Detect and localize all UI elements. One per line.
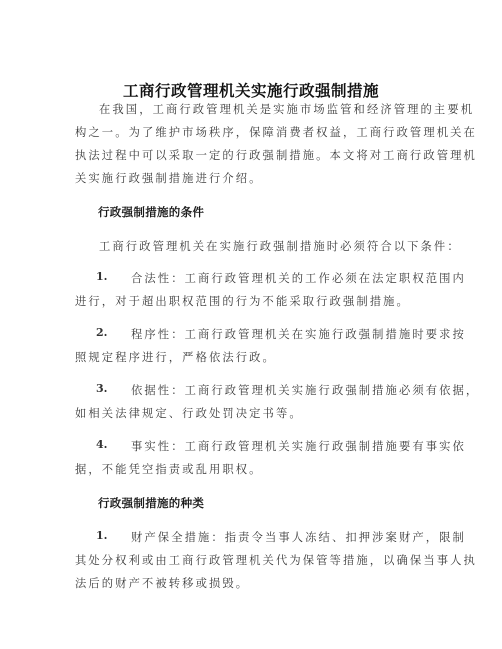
list-item-continuation: 如相关法律规定、行政处罚决定书等。: [75, 405, 303, 421]
conditions-lead: 工商行政管理机关在实施行政强制措施时必须符合以下条件：: [99, 238, 461, 254]
list-number: 1.: [96, 270, 107, 283]
list-item-continuation: 其处分权利或由工商行政管理机关代为保管等措施，以确保当事人执: [75, 552, 477, 568]
list-item-continuation: 进行，对于超出职权范围的行为不能采取行政强制措施。: [75, 293, 410, 309]
intro-line-4: 关实施行政强制措施进行介绍。: [75, 170, 263, 186]
list-item-text: 合法性：工商行政管理机关的工作必须在法定职权范围内: [131, 270, 466, 286]
list-item-text: 程序性：工商行政管理机关在实施行政强制措施时要求按: [131, 326, 466, 342]
list-item-text: 事实性：工商行政管理机关实施行政强制措施要有事实依: [131, 438, 466, 454]
list-number: 3.: [96, 382, 107, 395]
list-item-continuation: 照规定程序进行，严格依法行政。: [75, 349, 276, 365]
list-number: 2.: [96, 326, 107, 339]
list-item-text: 财产保全措施：指责令当事人冻结、扣押涉案财产，限制: [131, 529, 466, 545]
intro-line-3: 执法过程中可以采取一定的行政强制措施。本文将对工商行政管理机: [75, 147, 477, 163]
list-number: 1.: [96, 529, 107, 542]
list-item-continuation: 据，不能凭空指责或乱用职权。: [75, 461, 263, 477]
document-title: 工商行政管理机关实施行政强制措施: [0, 79, 502, 101]
section-heading-types: 行政强制措施的种类: [98, 495, 204, 511]
section-heading-conditions: 行政强制措施的条件: [98, 204, 204, 220]
list-number: 4.: [96, 438, 107, 451]
list-item-text: 依据性：工商行政管理机关实施行政强制措施必须有依据，: [131, 382, 479, 398]
intro-line-1: 在我国，工商行政管理机关是实施市场监管和经济管理的主要机: [99, 101, 474, 117]
list-item-continuation: 法后的财产不被转移或损毁。: [75, 575, 249, 591]
document-page: 工商行政管理机关实施行政强制措施 在我国，工商行政管理机关是实施市场监管和经济管…: [0, 0, 502, 649]
intro-line-2: 构之一。为了维护市场秩序，保障消费者权益，工商行政管理机关在: [75, 124, 477, 140]
